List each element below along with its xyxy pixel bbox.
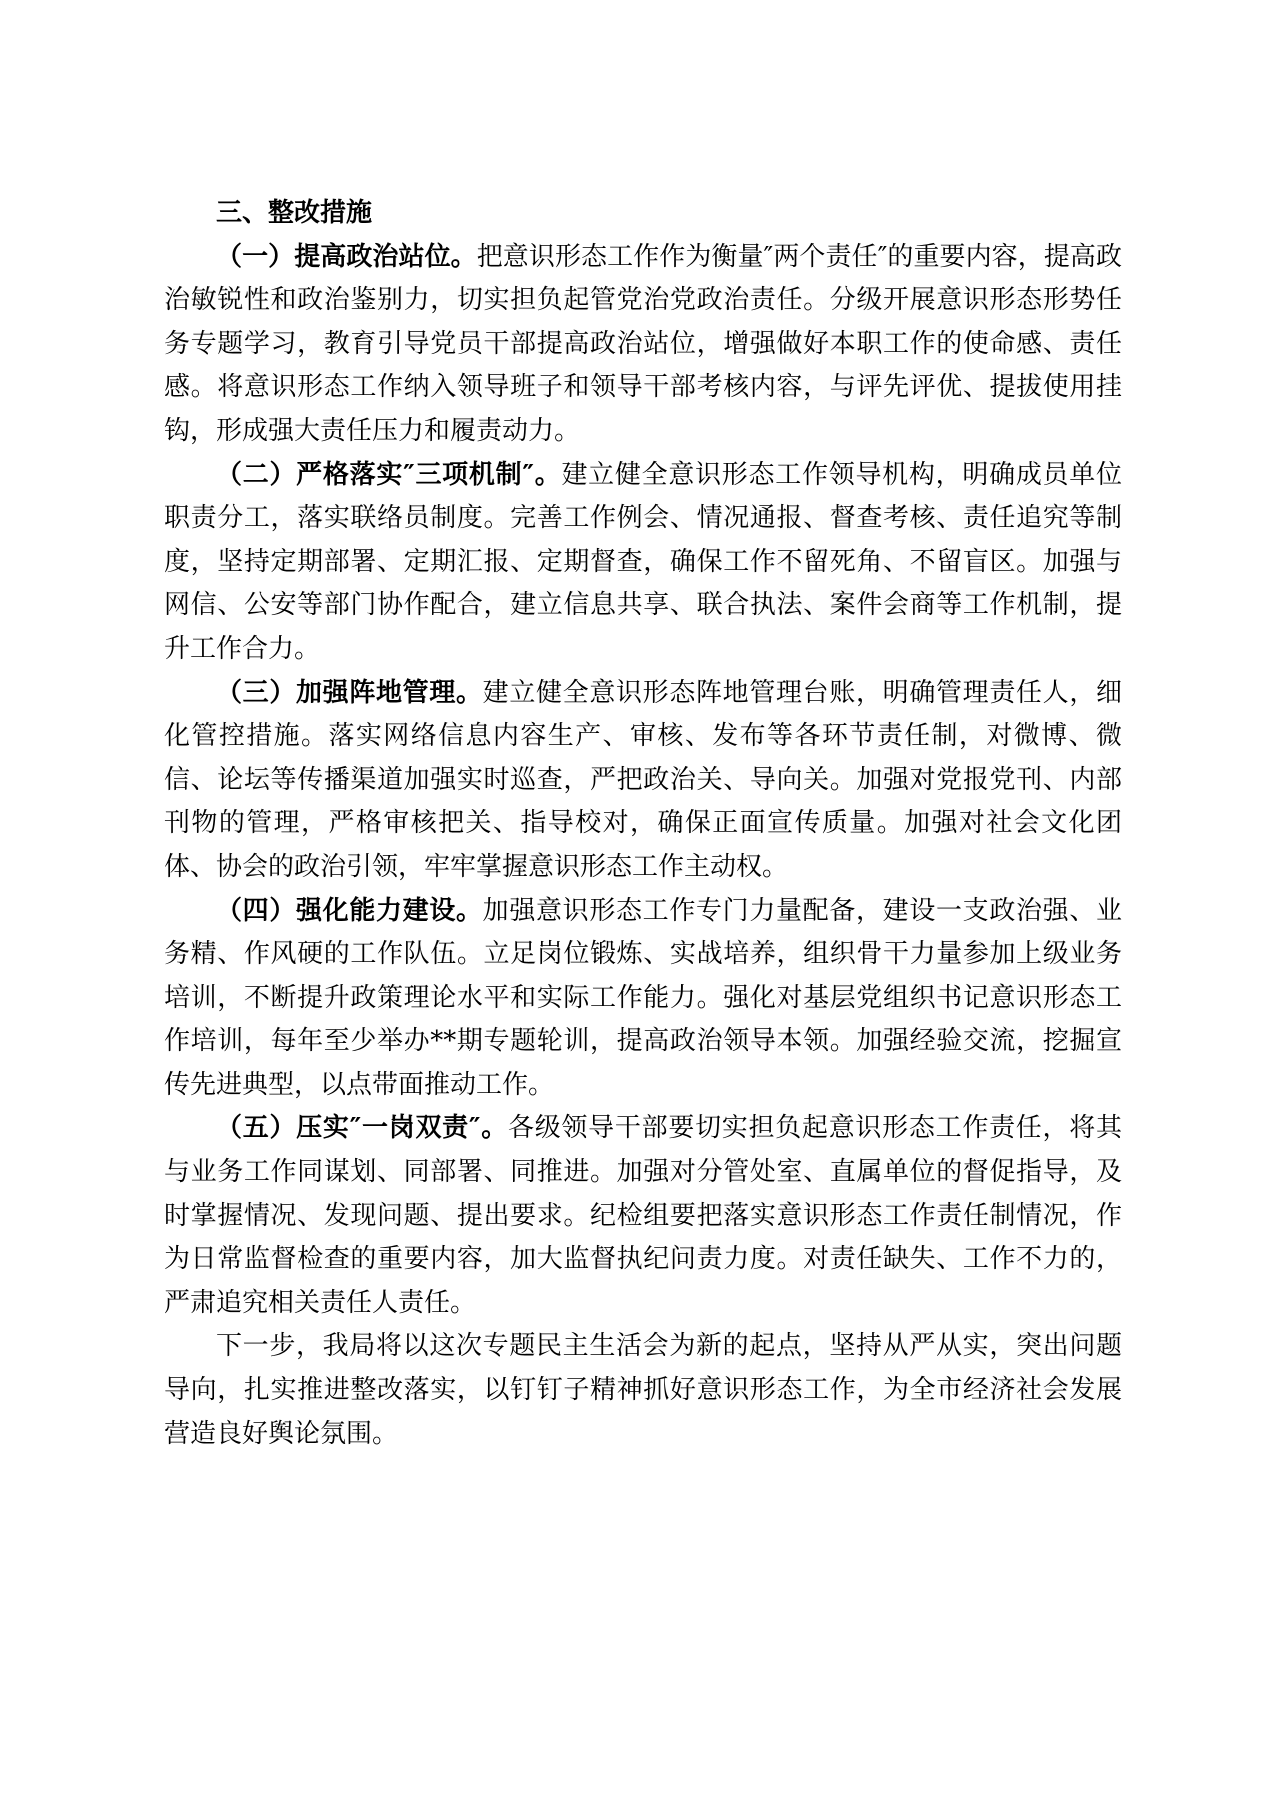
paragraph-3-lead: （三）加强阵地管理。 [216, 678, 483, 708]
paragraph-5-lead: （五）压实″一岗双责″。 [216, 1113, 508, 1143]
paragraph-4: （四）强化能力建设。加强意识形态工作专门力量配备，建设一支政治强、业务精、作风硬… [164, 890, 1122, 1108]
paragraph-5: （五）压实″一岗双责″。各级领导干部要切实担负起意识形态工作责任，将其与业务工作… [164, 1107, 1122, 1325]
paragraph-1-lead: （一）提高政治站位。 [216, 242, 477, 272]
paragraph-1: （一）提高政治站位。把意识形态工作作为衡量″两个责任″的重要内容，提高政治敏锐性… [164, 236, 1122, 454]
paragraph-3: （三）加强阵地管理。建立健全意识形态阵地管理台账，明确管理责任人，细化管控措施。… [164, 672, 1122, 890]
document-page: 三、整改措施 （一）提高政治站位。把意识形态工作作为衡量″两个责任″的重要内容，… [0, 0, 1280, 1810]
paragraph-4-lead: （四）强化能力建设。 [216, 896, 483, 926]
paragraph-1-text: 把意识形态工作作为衡量″两个责任″的重要内容，提高政治敏锐性和政治鉴别力，切实担… [164, 242, 1122, 446]
paragraph-3-text: 建立健全意识形态阵地管理台账，明确管理责任人，细化管控措施。落实网络信息内容生产… [164, 678, 1122, 882]
paragraph-2: （二）严格落实″三项机制″。建立健全意识形态工作领导机构，明确成员单位职责分工，… [164, 454, 1122, 672]
document-content: 三、整改措施 （一）提高政治站位。把意识形态工作作为衡量″两个责任″的重要内容，… [164, 192, 1122, 1456]
paragraph-2-text: 建立健全意识形态工作领导机构，明确成员单位职责分工，落实联络员制度。完善工作例会… [164, 460, 1122, 664]
paragraph-2-lead: （二）严格落实″三项机制″。 [216, 460, 561, 490]
paragraph-5-text: 各级领导干部要切实担负起意识形态工作责任，将其与业务工作同谋划、同部署、同推进。… [164, 1113, 1122, 1317]
paragraph-6-text: 下一步，我局将以这次专题民主生活会为新的起点，坚持从严从实，突出问题导向，扎实推… [164, 1331, 1122, 1448]
paragraph-6: 下一步，我局将以这次专题民主生活会为新的起点，坚持从严从实，突出问题导向，扎实推… [164, 1325, 1122, 1456]
section-heading: 三、整改措施 [164, 192, 1122, 236]
paragraph-4-text: 加强意识形态工作专门力量配备，建设一支政治强、业务精、作风硬的工作队伍。立足岗位… [164, 896, 1122, 1100]
